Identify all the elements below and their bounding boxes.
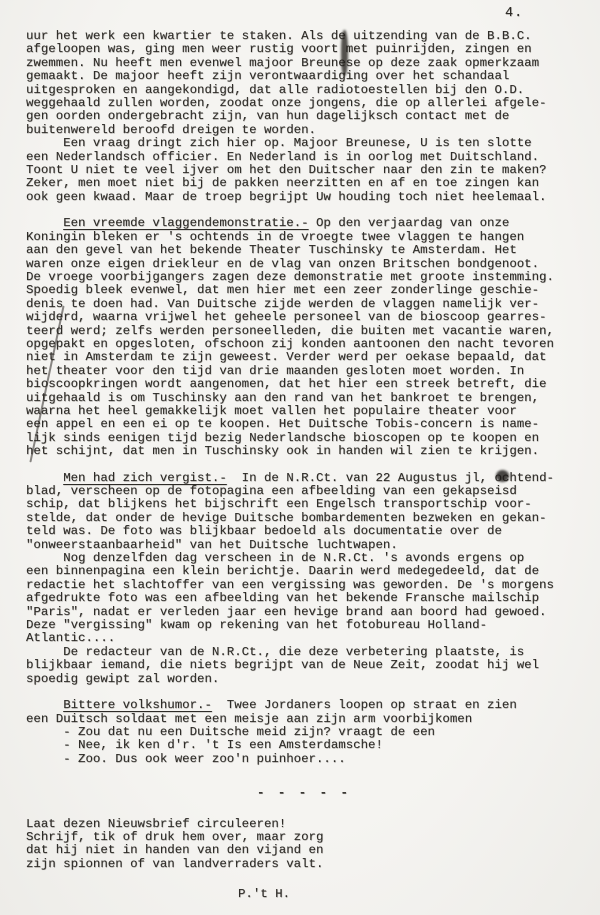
section: Bittere volkshumor.- Twee Jordaners loop… xyxy=(26,699,582,766)
document-body: uur het werk een kwartier te staken. Als… xyxy=(26,30,582,902)
text-line: zwemmen. Nu heeft men evenwel majoor Bre… xyxy=(26,57,582,70)
text-line: "onweerstaanbaarheid" van het Duitsche l… xyxy=(26,539,582,552)
text-line: wijderd, waarna vrijwel het geheele pers… xyxy=(26,311,582,324)
text-line: bioscoopkringen wordt aangenomen, dat he… xyxy=(26,378,582,391)
text-line: uur het werk een kwartier te staken. Als… xyxy=(26,30,582,43)
text-line: lijk sinds eenigen tijd bezig Nederlands… xyxy=(26,432,582,445)
text-line: gen oorden ondergebracht zijn, van hun d… xyxy=(26,110,582,123)
text-line: spoedig gewipt zal worden. xyxy=(26,673,582,686)
text-line: Deze "vergissing" kwam op rekening van h… xyxy=(26,619,582,632)
text-line: De redacteur van de N.R.Ct., die deze ve… xyxy=(26,646,582,659)
text-line: teerd werd; zelfs werden personeelleden,… xyxy=(26,325,582,338)
text-line: blad, verscheen op de fotopagina een afb… xyxy=(26,485,582,498)
text-line: denis te doen had. Van Duitsche zijde we… xyxy=(26,298,582,311)
section-heading: Men had zich vergist.- xyxy=(63,471,227,485)
section: Men had zich vergist.- In de N.R.Ct. van… xyxy=(26,472,582,687)
text-line: redactie het slachtoffer van een vergiss… xyxy=(26,579,582,592)
heading-indent xyxy=(26,471,63,485)
section-heading-line: Bittere volkshumor.- Twee Jordaners loop… xyxy=(26,699,582,712)
text-line: buitenwereld beroofd dreigen te worden. xyxy=(26,124,582,137)
text-line: niet in Amsterdam te zijn geweest. Verde… xyxy=(26,351,582,364)
text-line: zijn spionnen of van landverraders valt. xyxy=(26,858,582,871)
text-line: teld was. De foto was blijkbaar bedoeld … xyxy=(26,525,582,538)
text-line: afgedrukte foto was een afbeelding van h… xyxy=(26,592,582,605)
heading-indent xyxy=(26,698,63,712)
ink-smudge-artifact xyxy=(341,30,348,76)
text-line: schip, dat blijkens het bijschrift een E… xyxy=(26,498,582,511)
text-line: De vroege voorbijgangers zagen deze demo… xyxy=(26,271,582,284)
section: Een vreemde vlaggendemonstratie.- Op den… xyxy=(26,217,582,458)
text-line: gemaakt. De majoor heeft zijn verontwaar… xyxy=(26,70,582,83)
text-line: afgeloopen was, ging men weer rustig voo… xyxy=(26,43,582,56)
heading-indent xyxy=(26,216,63,230)
text-line: Spoedig bleek evenwel, dat men hier met … xyxy=(26,284,582,297)
page-number: 4. xyxy=(505,7,523,20)
text-line: ook geen kwaad. Maar de troep begrijpt U… xyxy=(26,191,582,204)
text-line: een binnenpagina een klein berichtje. Da… xyxy=(26,565,582,578)
text-line: Toont U niet te veel ijver om het den Du… xyxy=(26,164,582,177)
text-line: Koningin bleken er 's ochtends in de vro… xyxy=(26,231,582,244)
ink-smudge-artifact xyxy=(496,470,509,482)
text-line: waren onze eigen driekleur en de vlag va… xyxy=(26,258,582,271)
section-heading-line: Een vreemde vlaggendemonstratie.- Op den… xyxy=(26,217,582,230)
heading-rest: Op den verjaardag van onze xyxy=(309,216,510,230)
text-line: - Nee, ik ken d'r. 't Is een Amsterdamsc… xyxy=(26,739,582,752)
paragraph: uur het werk een kwartier te staken. Als… xyxy=(26,30,582,204)
text-line: - Zou dat nu een Duitsche meid zijn? vra… xyxy=(26,726,582,739)
text-line: een Nederlandsch officier. En Nederland … xyxy=(26,151,582,164)
heading-rest: Twee Jordaners loopen op straat en zien xyxy=(212,698,517,712)
text-line: uitgehaald is om Tuschinsky aan den rand… xyxy=(26,392,582,405)
text-line: het schijnt, dat men in Tuschinsky ook i… xyxy=(26,445,582,458)
text-line: Zeker, men moet niet bij de pakken neerz… xyxy=(26,177,582,190)
paragraph: Laat dezen Nieuwsbrief circuleeren!Schri… xyxy=(26,818,582,872)
text-line: "Paris", nadat er verleden jaar een hevi… xyxy=(26,606,582,619)
section-heading: Een vreemde vlaggendemonstratie.- xyxy=(63,216,308,230)
signature: P.'t H. xyxy=(26,888,582,901)
text-line: uitgesproken en aangekondigd, dat alle r… xyxy=(26,84,582,97)
separator-dashes: - - - - - xyxy=(26,787,582,800)
text-line: dat hij niet in handen van den vijand en xyxy=(26,844,582,857)
text-line: aan den gevel van het bekende Theater Tu… xyxy=(26,244,582,257)
text-line: het theater voor den tijd van drie maand… xyxy=(26,365,582,378)
text-line: Een vraag dringt zich hier op. Majoor Br… xyxy=(26,137,582,150)
text-line: waarna het heel gemakkelijk moet vallen … xyxy=(26,405,582,418)
document-page: 4. uur het werk een kwartier te staken. … xyxy=(0,0,600,915)
text-line: een appel en een ei op te koopen. Het Du… xyxy=(26,418,582,431)
text-line: Nog denzelfden dag verscheen in de N.R.C… xyxy=(26,552,582,565)
text-line: een Duitsch soldaat met een meisje aan z… xyxy=(26,713,582,726)
section-heading: Bittere volkshumor.- xyxy=(63,698,212,712)
text-line: - Zoo. Dus ook weer zoo'n puinhoer.... xyxy=(26,753,582,766)
text-line: stelde, dat onder de hevige Duitsche bom… xyxy=(26,512,582,525)
text-line: Atlantic.... xyxy=(26,632,582,645)
text-line: Schrijf, tik of druk hem over, maar zorg xyxy=(26,831,582,844)
text-line: weggehaald zullen worden, zoodat onze jo… xyxy=(26,97,582,110)
text-line: Laat dezen Nieuwsbrief circuleeren! xyxy=(26,818,582,831)
text-line: opgepakt en opgesloten, ofschoon zij kon… xyxy=(26,338,582,351)
text-line: blijkbaar iemand, die niets begrijpt van… xyxy=(26,659,582,672)
